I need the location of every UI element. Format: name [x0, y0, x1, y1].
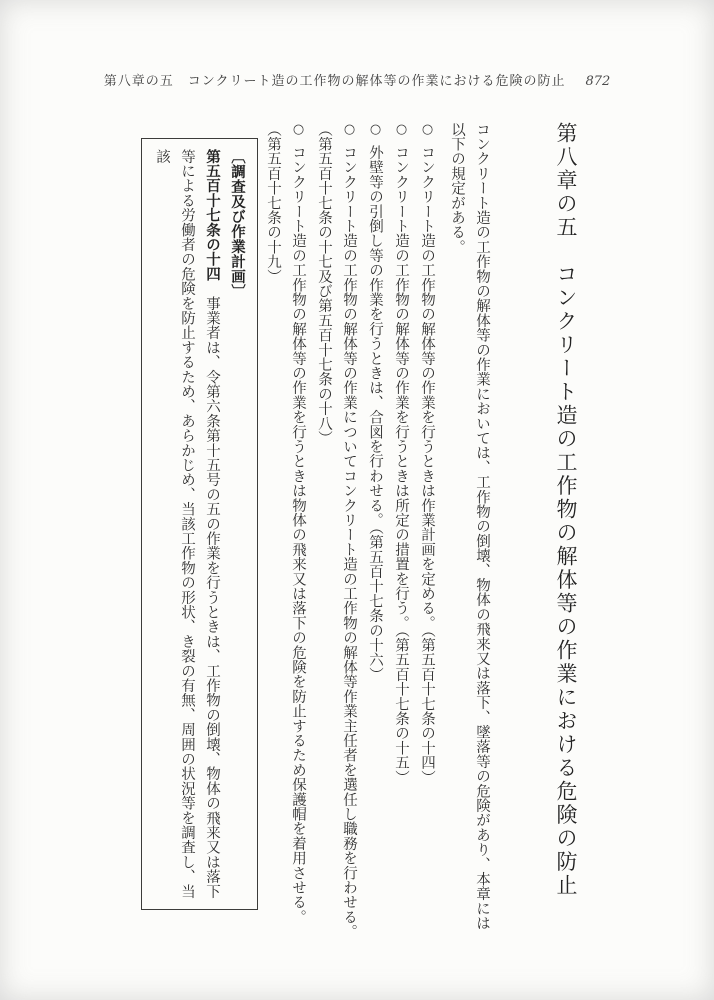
list-item-text: コンクリート造の工作物の解体等の作業を行うときは所定の措置を行う。（第五百十七条…: [393, 145, 409, 785]
circle-marker: ○: [286, 122, 311, 137]
list-item: ○コンクリート造の工作物の解体等の作業を行うときは所定の措置を行う。（第五百十七…: [388, 122, 414, 942]
article-paragraph: 第五百十七条の十四 事業者は、令第六条第十五号の五の作業を行うときは、工作物の倒…: [149, 149, 225, 899]
circle-marker: ○: [389, 122, 414, 137]
article-box-heading: 〔調査及び作業計画〕: [225, 149, 250, 899]
intro-paragraph: コンクリート造の工作物の解体等の作業においては、工作物の倒壊、物体の飛来又は落下…: [444, 122, 494, 942]
chapter-title: 第八章の五 コンクリート造の工作物の解体等の作業における危険の防止: [550, 122, 582, 942]
running-head-title: 第八章の五 コンクリート造の工作物の解体等の作業における危険の防止: [104, 74, 566, 89]
article-box: 〔調査及び作業計画〕 第五百十七条の十四 事業者は、令第六条第十五号の五の作業を…: [141, 138, 258, 910]
circle-marker: ○: [363, 122, 388, 137]
list-item: ○外壁等の引倒し等の作業を行うときは、合図を行わせる。（第五百十七条の十六）: [362, 122, 388, 942]
page-number: 872: [585, 74, 610, 89]
list-item-text: コンクリート造の工作物の解体等の作業についてコンクリート造の工作物の解体等作業主…: [316, 122, 357, 939]
list-item-text: 外壁等の引倒し等の作業を行うときは、合図を行わせる。（第五百十七条の十六）: [367, 145, 383, 682]
list-item: ○コンクリート造の工作物の解体等の作業を行うときは物体の飛来又は落下の危険を防止…: [260, 122, 311, 942]
provision-list: ○コンクリート造の工作物の解体等の作業を行うときは作業計画を定める。（第五百十七…: [260, 122, 440, 942]
document-page: 第八章の五 コンクリート造の工作物の解体等の作業における危険の防止872 第八章…: [0, 0, 714, 1000]
list-item: ○コンクリート造の工作物の解体等の作業を行うときは作業計画を定める。（第五百十七…: [414, 122, 440, 942]
list-item-text: コンクリート造の工作物の解体等の作業を行うときは物体の飛来又は落下の危険を防止す…: [265, 122, 306, 924]
circle-marker: ○: [337, 122, 362, 137]
circle-marker: ○: [415, 122, 440, 137]
vertical-text-content: 第八章の五 コンクリート造の工作物の解体等の作業における危険の防止 コンクリート…: [131, 122, 582, 942]
list-item-text: コンクリート造の工作物の解体等の作業を行うときは作業計画を定める。（第五百十七条…: [419, 145, 435, 785]
running-head: 第八章の五 コンクリート造の工作物の解体等の作業における危険の防止872: [0, 70, 714, 89]
article-number: 第五百十七条の十四: [204, 149, 221, 281]
list-item: ○コンクリート造の工作物の解体等の作業についてコンクリート造の工作物の解体等作業…: [311, 122, 362, 942]
